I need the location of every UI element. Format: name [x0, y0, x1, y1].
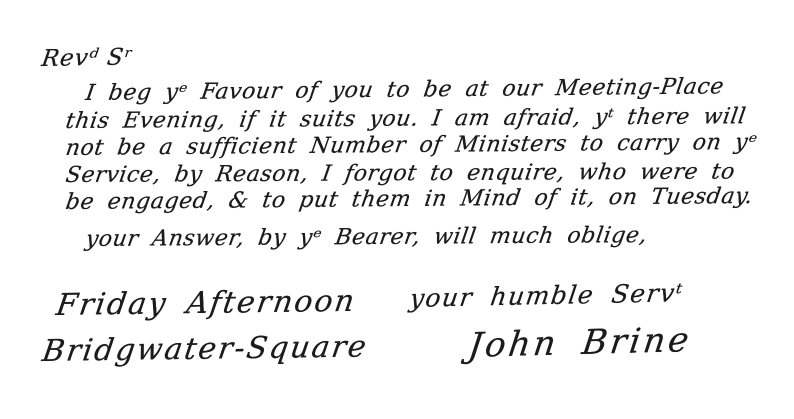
letter-signature: John Brine — [465, 320, 689, 366]
letter-closing: your humble Servᵗ — [407, 278, 681, 313]
letter-salutation: Revᵈ Sʳ — [40, 44, 132, 72]
letter-page: Revᵈ Sʳ I beg yᵉ Favour of you to be at … — [0, 0, 794, 419]
letter-body-line-2: this Evening, if it suits you. I am afra… — [64, 104, 744, 134]
letter-dateline: Friday Afternoon — [54, 284, 354, 323]
letter-body-line-4: Service, by Reason, I forgot to enquire,… — [64, 159, 733, 188]
letter-body-line-3: not be a sufficient Number of Ministers … — [64, 130, 756, 161]
letter-address: Bridgwater-Square — [40, 329, 366, 369]
letter-body-line-5: be engaged, & to put them in Mind of it,… — [64, 184, 751, 215]
letter-body-line-6: your Answer, by yᵉ Bearer, will much obl… — [84, 223, 646, 252]
letter-body-line-1: I beg yᵉ Favour of you to be at our Meet… — [84, 74, 722, 106]
salutation-text: Revᵈ Sʳ — [40, 44, 135, 72]
